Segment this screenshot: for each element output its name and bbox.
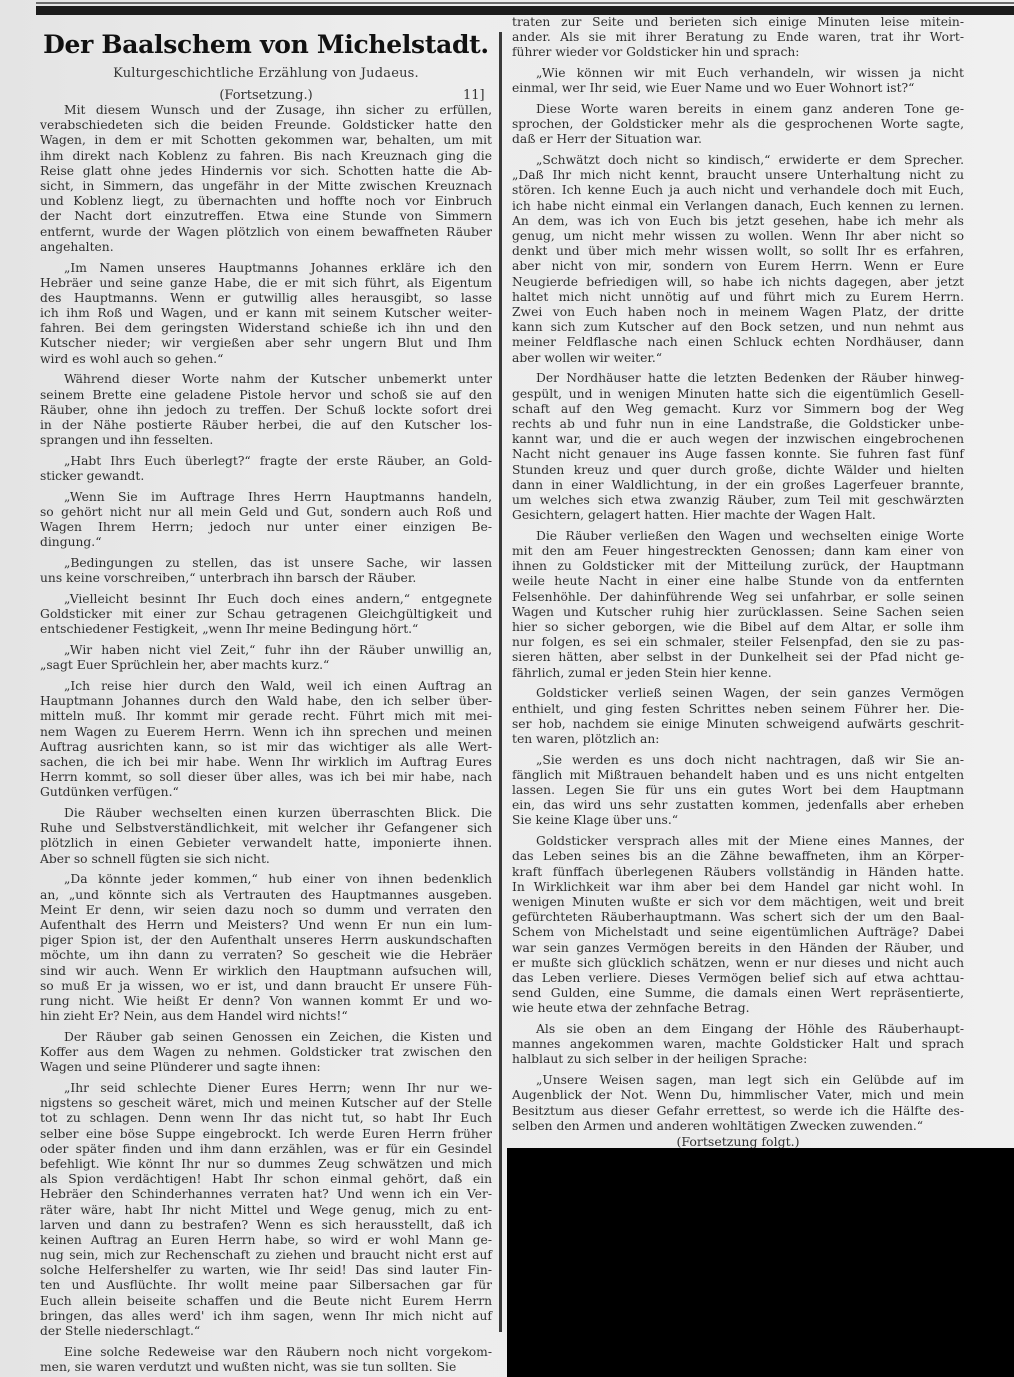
text-line: möchte, um ihn dann zu verraten? So gesc… [40, 948, 492, 963]
text-line: das Leben verliere. Dieses Vermögen beli… [512, 971, 964, 986]
text-line: denkt und über mich mehr wissen wollt, s… [512, 244, 964, 259]
text-line: sieren hätten, aber selbst in der Dunkel… [512, 650, 964, 665]
text-line: tot zu schlagen. Denn wenn Ihr das nicht… [40, 1111, 492, 1126]
text-line: „Vielleicht besinnt Ihr Euch doch eines … [40, 592, 492, 607]
paragraph: Der Räuber gab seinen Genossen ein Zeich… [40, 1030, 492, 1076]
text-line: wenigen Minuten wußte er sich vor dem mä… [512, 895, 964, 910]
text-line: sticker gewandt. [40, 469, 492, 484]
text-line: Goldsticker verließ seinen Wagen, der se… [512, 686, 964, 701]
text-line: entfernt, wurde der Wagen plötzlich von … [40, 225, 492, 240]
text-line: Euch allein beiseite schaffen und die Be… [40, 1294, 492, 1309]
text-line: „Bedingungen zu stellen, das ist unsere … [40, 556, 492, 571]
text-line: fährlich, zumal er jeden Stein hier kenn… [512, 666, 964, 681]
text-line: an, „und könnte sich als Vertrauten des … [40, 888, 492, 903]
text-line: ander. Als sie mit ihrer Beratung zu End… [512, 30, 964, 45]
text-line: angehalten. [40, 240, 492, 255]
text-line: nigstens so gescheit wäret, mich und mei… [40, 1096, 492, 1111]
text-line: er mußte sich glücklich schätzen, wenn e… [512, 956, 964, 971]
text-line: Felsenhöhle. Der dahinführende Weg sei u… [512, 590, 964, 605]
text-line: kann sich zum Kutscher auf den Bock setz… [512, 320, 964, 335]
paragraph: „Bedingungen zu stellen, das ist unsere … [40, 556, 492, 586]
text-line: fahren. Bei dem geringsten Widerstand sc… [40, 321, 492, 336]
text-line: wird es wohl auch so gehen.“ [40, 352, 492, 367]
text-line: Schem von Michelstadt und seine eigentüm… [512, 925, 964, 940]
text-line: Mit diesem Wunsch und der Zusage, ihn si… [40, 103, 492, 118]
text-line: der Nacht dort einzutreffen. Etwa eine S… [40, 209, 492, 224]
text-line: ihm direkt nach Koblenz zu fahren. Bis n… [40, 149, 492, 164]
text-line: Nacht nicht genauer ins Auge fassen konn… [512, 447, 964, 462]
top-rule-thin [36, 2, 1014, 4]
text-line: sachen, die ich bei mir habe. Wenn Ihr w… [40, 755, 492, 770]
text-line: fänglich mit Mißtrauen behandelt haben u… [512, 768, 964, 783]
text-line: piger Spion ist, der den Aufenthalt unse… [40, 933, 492, 948]
text-line: Stunden kreuz und quer durch große, dich… [512, 463, 964, 478]
text-line: rung nicht. Wie heißt Er denn? Von wanne… [40, 994, 492, 1009]
text-line: send Gulden, eine Summe, die damals eine… [512, 986, 964, 1001]
text-line: sprangen und ihn fesselten. [40, 433, 492, 448]
text-line: ihnen zu Goldsticker mit der Mitteilung … [512, 559, 964, 574]
paragraph: Diese Worte waren bereits in einem ganz … [512, 102, 964, 148]
top-rule [36, 6, 1014, 15]
text-line: sicht, in Simmern, das ungefähr in der M… [40, 179, 492, 194]
scan-black-area [507, 1148, 1014, 1377]
text-line: „Wir haben nicht viel Zeit,“ fuhr ihn de… [40, 643, 492, 658]
paragraph: „Ich reise hier durch den Wald, weil ich… [40, 679, 492, 801]
text-line: ein, das wird uns sehr zustatten kommen,… [512, 798, 964, 813]
text-line: selben den Armen und anderen wohltätigen… [512, 1119, 964, 1134]
text-line: „Wenn Sie im Auftrage Ihres Herrn Hauptm… [40, 490, 492, 505]
text-line: so gehört nicht nur all mein Geld und Gu… [40, 505, 492, 520]
text-line: men, sie waren verdutzt und wußten nicht… [40, 1360, 492, 1375]
text-line: In Wirklichkeit war ihm aber bei dem Han… [512, 880, 964, 895]
text-line: befehligt. Wie könnt Ihr nur so dummes Z… [40, 1157, 492, 1172]
text-line: „Da könnte jeder kommen,“ hub einer von … [40, 872, 492, 887]
text-line: Wagen Ihrem Herrn; jedoch nur unter eine… [40, 520, 492, 535]
text-line: Eine solche Redeweise war den Räubern no… [40, 1345, 492, 1360]
text-line: das Leben seines bis an die Zähne bewaff… [512, 849, 964, 864]
text-line: An dem, was ich von Euch bis jetzt geseh… [512, 214, 964, 229]
text-line: „Wie können wir mit Euch verhandeln, wir… [512, 66, 964, 81]
text-line: ten und Ausflüchte. Ihr wollt meine paar… [40, 1278, 492, 1293]
text-line: der Stelle niederschlagt.“ [40, 1324, 492, 1339]
paragraph: Der Nordhäuser hatte die letzten Bedenke… [512, 371, 964, 523]
text-line: Auftrag ausrichten kann, so ist mir das … [40, 740, 492, 755]
text-line: Wagen und seine Plünderer und sagte ihne… [40, 1060, 492, 1075]
text-line: Neugierde befriedigen will, so habe ich … [512, 275, 964, 290]
text-line: in der Nähe postierte Räuber herbei, die… [40, 418, 492, 433]
text-line: einmal, wer Ihr seid, wie Euer Name und … [512, 81, 964, 96]
paragraph: „Unsere Weisen sagen, man legt sich ein … [512, 1073, 964, 1134]
text-line: Herrn kommt, so soll dieser über alles, … [40, 770, 492, 785]
newspaper-page: Der Baalschem von Michelstadt. Kulturges… [0, 0, 1014, 1377]
paragraph: „Schwätzt doch nicht so kindisch,“ erwid… [512, 153, 964, 366]
text-line: verabschiedeten sich die beiden Freunde.… [40, 118, 492, 133]
text-line: und Koblenz liegt, zu übernachten und ho… [40, 194, 492, 209]
paragraph: Die Räuber verließen den Wagen und wechs… [512, 529, 964, 681]
text-line: mannes angekommen waren, machte Goldstic… [512, 1037, 964, 1052]
text-line: Kutscher nieder; wir vergießen aber sehr… [40, 336, 492, 351]
text-line: ser hob, nachdem sie einige Minuten schw… [512, 717, 964, 732]
text-line: sind wir auch. Wenn Er wirklich den Haup… [40, 964, 492, 979]
text-line: „Sie werden es uns doch nicht nachtragen… [512, 753, 964, 768]
text-line: sprochen, der Goldsticker mehr als die g… [512, 117, 964, 132]
paragraph: Mit diesem Wunsch und der Zusage, ihn si… [40, 103, 492, 255]
text-line: weile heute Nacht in einer eine halbe St… [512, 574, 964, 589]
paragraph: „Wie können wir mit Euch verhandeln, wir… [512, 66, 964, 96]
text-line: kannt war, und die er auch wegen der inz… [512, 432, 964, 447]
text-line: Sie keine Klage über uns.“ [512, 813, 964, 828]
text-line: Hebräer und seine ganze Habe, die er mit… [40, 276, 492, 291]
article-title: Der Baalschem von Michelstadt. [40, 30, 492, 59]
text-line: räter wäre, habt Ihr nicht Mittel und We… [40, 1203, 492, 1218]
text-line: ich ihm Roß und Wagen, und er kann mit s… [40, 306, 492, 321]
text-line: seinem Brette eine geladene Pistole herv… [40, 388, 492, 403]
paragraph: Als sie oben an dem Eingang der Höhle de… [512, 1022, 964, 1068]
text-line: Zwei von Euch haben noch in meinem Wagen… [512, 305, 964, 320]
article-subtitle: Kulturgeschichtliche Erzählung von Judae… [40, 66, 492, 81]
text-line: daß er Herr der Situation war. [512, 132, 964, 147]
text-line: aber nicht von mir, sondern von Eurem He… [512, 259, 964, 274]
paragraph: Während dieser Worte nahm der Kutscher u… [40, 372, 492, 448]
text-line: Wagen und Kutscher ruhig hier zurücklass… [512, 605, 964, 620]
text-line: oder später finden und ihm dann erzählen… [40, 1142, 492, 1157]
text-line: Gesichtern, gelagert hatten. Hier machte… [512, 508, 964, 523]
paragraph: „Ihr seid schlechte Diener Eures Herrn; … [40, 1081, 492, 1339]
paragraph: traten zur Seite und berieten sich einig… [512, 15, 964, 61]
text-line: schaft auf den Weg gemacht. Kurz vor Sim… [512, 402, 964, 417]
text-line: nur folgen, es sei ein schmaler, steiler… [512, 635, 964, 650]
text-line: rechts ab und fuhr nun in eine Landstraß… [512, 417, 964, 432]
text-line: genug, um nicht mehr wissen zu wollen. W… [512, 229, 964, 244]
text-line: Besitztum aus dieser Gefahr errettest, s… [512, 1104, 964, 1119]
text-line: Als sie oben an dem Eingang der Höhle de… [512, 1022, 964, 1037]
text-line: mitteln muß. Ihr kommt mir gerade recht.… [40, 709, 492, 724]
text-line: „Ich reise hier durch den Wald, weil ich… [40, 679, 492, 694]
text-line: Die Räuber wechselten einen kurzen überr… [40, 806, 492, 821]
text-line: Koffer aus dem Wagen zu nehmen. Goldstic… [40, 1045, 492, 1060]
text-line: Aber so schnell fügten sie sich nicht. [40, 852, 492, 867]
to-be-continued-note: (Fortsetzung folgt.) [512, 1134, 964, 1149]
text-line: Diese Worte waren bereits in einem ganz … [512, 102, 964, 117]
text-line: um welches sich etwa zwanzig Räuber, zum… [512, 493, 964, 508]
text-line: hin zieht Er? Nein, aus dem Handel wird … [40, 1009, 492, 1024]
text-line: Hebräer den Schinderhannes verraten hat?… [40, 1187, 492, 1202]
text-line: plötzlich in einen Gebieter verwandelt h… [40, 836, 492, 851]
text-line: gefürchteten Räuberhauptmann. Was schert… [512, 910, 964, 925]
text-line: halblaut zu sich selber in der heiligen … [512, 1052, 964, 1067]
paragraph: „Im Namen unseres Hauptmanns Johannes er… [40, 261, 492, 367]
paragraph: „Wenn Sie im Auftrage Ihres Herrn Hauptm… [40, 490, 492, 551]
text-line: hier so sicher geborgen, wie die Bibel a… [512, 620, 964, 635]
text-line: nug sein, mich zur Rechenschaft zu ziehe… [40, 1248, 492, 1263]
paragraph: „Sie werden es uns doch nicht nachtragen… [512, 753, 964, 829]
text-line: keinen Auftrag an Euren Herrn habe, so w… [40, 1233, 492, 1248]
text-line: „Schwätzt doch nicht so kindisch,“ erwid… [512, 153, 964, 168]
text-line: meiner Feldflasche nach einen Schluck ec… [512, 335, 964, 350]
text-line: führer wieder vor Goldsticker hin und sp… [512, 45, 964, 60]
text-line: enthielt, und ging festen Schrittes nebe… [512, 702, 964, 717]
text-line: traten zur Seite und berieten sich einig… [512, 15, 964, 30]
text-line: dann in einer Waldlichtung, in der ein g… [512, 478, 964, 493]
text-line: als Spion verdächtigen! Habt Ihr schon e… [40, 1172, 492, 1187]
paragraph: Goldsticker verließ seinen Wagen, der se… [512, 686, 964, 747]
text-line: entschiedener Festigkeit, „wenn Ihr mein… [40, 622, 492, 637]
text-line: des Hauptmanns. Wenn er gutwillig alles … [40, 291, 492, 306]
text-line: aber wollen wir weiter.“ [512, 351, 964, 366]
paragraph: Die Räuber wechselten einen kurzen überr… [40, 806, 492, 867]
text-line: war sein ganzes Vermögen bereits in den … [512, 941, 964, 956]
text-line: „Habt Ihrs Euch überlegt?“ fragte der er… [40, 454, 492, 469]
paragraph: „Wir haben nicht viel Zeit,“ fuhr ihn de… [40, 643, 492, 673]
text-line: „sagt Euer Sprüchlein her, aber machts k… [40, 658, 492, 673]
text-line: Augenblick der Not. Wenn Du, himmlischer… [512, 1088, 964, 1103]
text-line: Hauptmann Johannes durch den Wald habe, … [40, 694, 492, 709]
paragraph: Goldsticker versprach alles mit der Mien… [512, 834, 964, 1016]
paragraph: „Habt Ihrs Euch überlegt?“ fragte der er… [40, 454, 492, 484]
text-line: „Daß Ihr mich nicht kennt, braucht unser… [512, 168, 964, 183]
paragraph: Eine solche Redeweise war den Räubern no… [40, 1345, 492, 1375]
text-line: larven und dann zu bestrafen? Wenn es si… [40, 1218, 492, 1233]
text-line: Goldsticker mit einer zur Schau getragen… [40, 607, 492, 622]
column-divider [499, 32, 502, 1332]
paragraph: „Da könnte jeder kommen,“ hub einer von … [40, 872, 492, 1024]
text-line: „Unsere Weisen sagen, man legt sich ein … [512, 1073, 964, 1088]
paragraph: „Vielleicht besinnt Ihr Euch doch eines … [40, 592, 492, 638]
part-number: 11] [463, 88, 485, 103]
text-line: uns keine vorschreiben,“ unterbrach ihn … [40, 571, 492, 586]
text-line: Während dieser Worte nahm der Kutscher u… [40, 372, 492, 387]
text-line: nem Wagen zu Euerem Herrn. Wenn ich ihn … [40, 725, 492, 740]
text-line: Der Räuber gab seinen Genossen ein Zeich… [40, 1030, 492, 1045]
text-line: ten waren, plötzlich an: [512, 732, 964, 747]
text-line: haltet mich nicht unnötig auf und führt … [512, 290, 964, 305]
text-line: lassen. Legen Sie für uns ein gutes Wort… [512, 783, 964, 798]
text-line: wie heute etwa der zehnfache Betrag. [512, 1001, 964, 1016]
text-line: Gutdünken verfügen.“ [40, 785, 492, 800]
text-line: bringen, das alles werd' ich ihm sagen, … [40, 1309, 492, 1324]
text-line: Reise glatt ohne jedes Hindernis vor sic… [40, 164, 492, 179]
text-line: stören. Ich kenne Euch ja auch nicht und… [512, 183, 964, 198]
text-line: mit den am Feuer hingestreckten Genossen… [512, 544, 964, 559]
text-line: gespült, und in wenigen Minuten hatte si… [512, 387, 964, 402]
text-line: selber eine böse Suppe eingebrockt. Ich … [40, 1127, 492, 1142]
text-line: Die Räuber verließen den Wagen und wechs… [512, 529, 964, 544]
text-line: Ruhe und Selbstverständlichkeit, mit wel… [40, 821, 492, 836]
continuation-note: (Fortsetzung.) [40, 88, 492, 103]
text-line: Meint Er denn, wir seien dazu noch so du… [40, 903, 492, 918]
text-line: Aufenthalt des Herrn und Meisters? Und w… [40, 918, 492, 933]
text-line: so muß Er ja wissen, wo er ist, und dann… [40, 979, 492, 994]
text-line: „Ihr seid schlechte Diener Eures Herrn; … [40, 1081, 492, 1096]
text-line: kraft fünffach überlegenen Räubers volls… [512, 865, 964, 880]
text-line: Der Nordhäuser hatte die letzten Bedenke… [512, 371, 964, 386]
text-line: „Im Namen unseres Hauptmanns Johannes er… [40, 261, 492, 276]
text-line: Räuber, ohne ihn jedoch zu treffen. Der … [40, 403, 492, 418]
text-line: ich habe nicht einmal ein Verlangen dana… [512, 199, 964, 214]
text-line: solche Helfershelfer zu warten, wie Ihr … [40, 1263, 492, 1278]
text-line: dingung.“ [40, 535, 492, 550]
text-line: Wagen, in dem er mit Schotten gekommen w… [40, 133, 492, 148]
text-line: Goldsticker versprach alles mit der Mien… [512, 834, 964, 849]
